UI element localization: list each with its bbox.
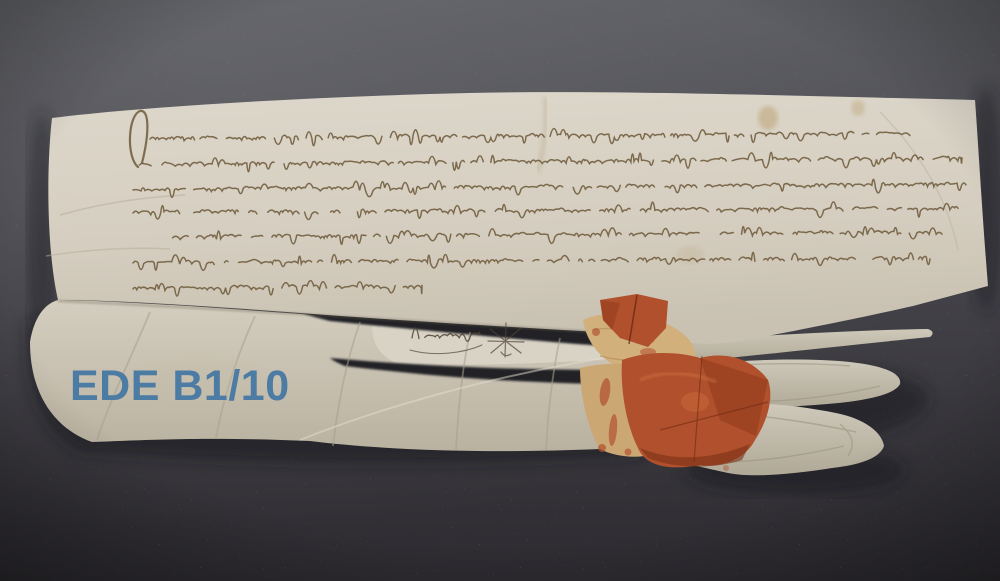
photo-scene — [0, 0, 1000, 581]
archive-photo: EDE B1/10 — [0, 0, 1000, 581]
catalog-reference-label: EDE B1/10 — [70, 362, 290, 411]
vignette — [0, 0, 1000, 581]
